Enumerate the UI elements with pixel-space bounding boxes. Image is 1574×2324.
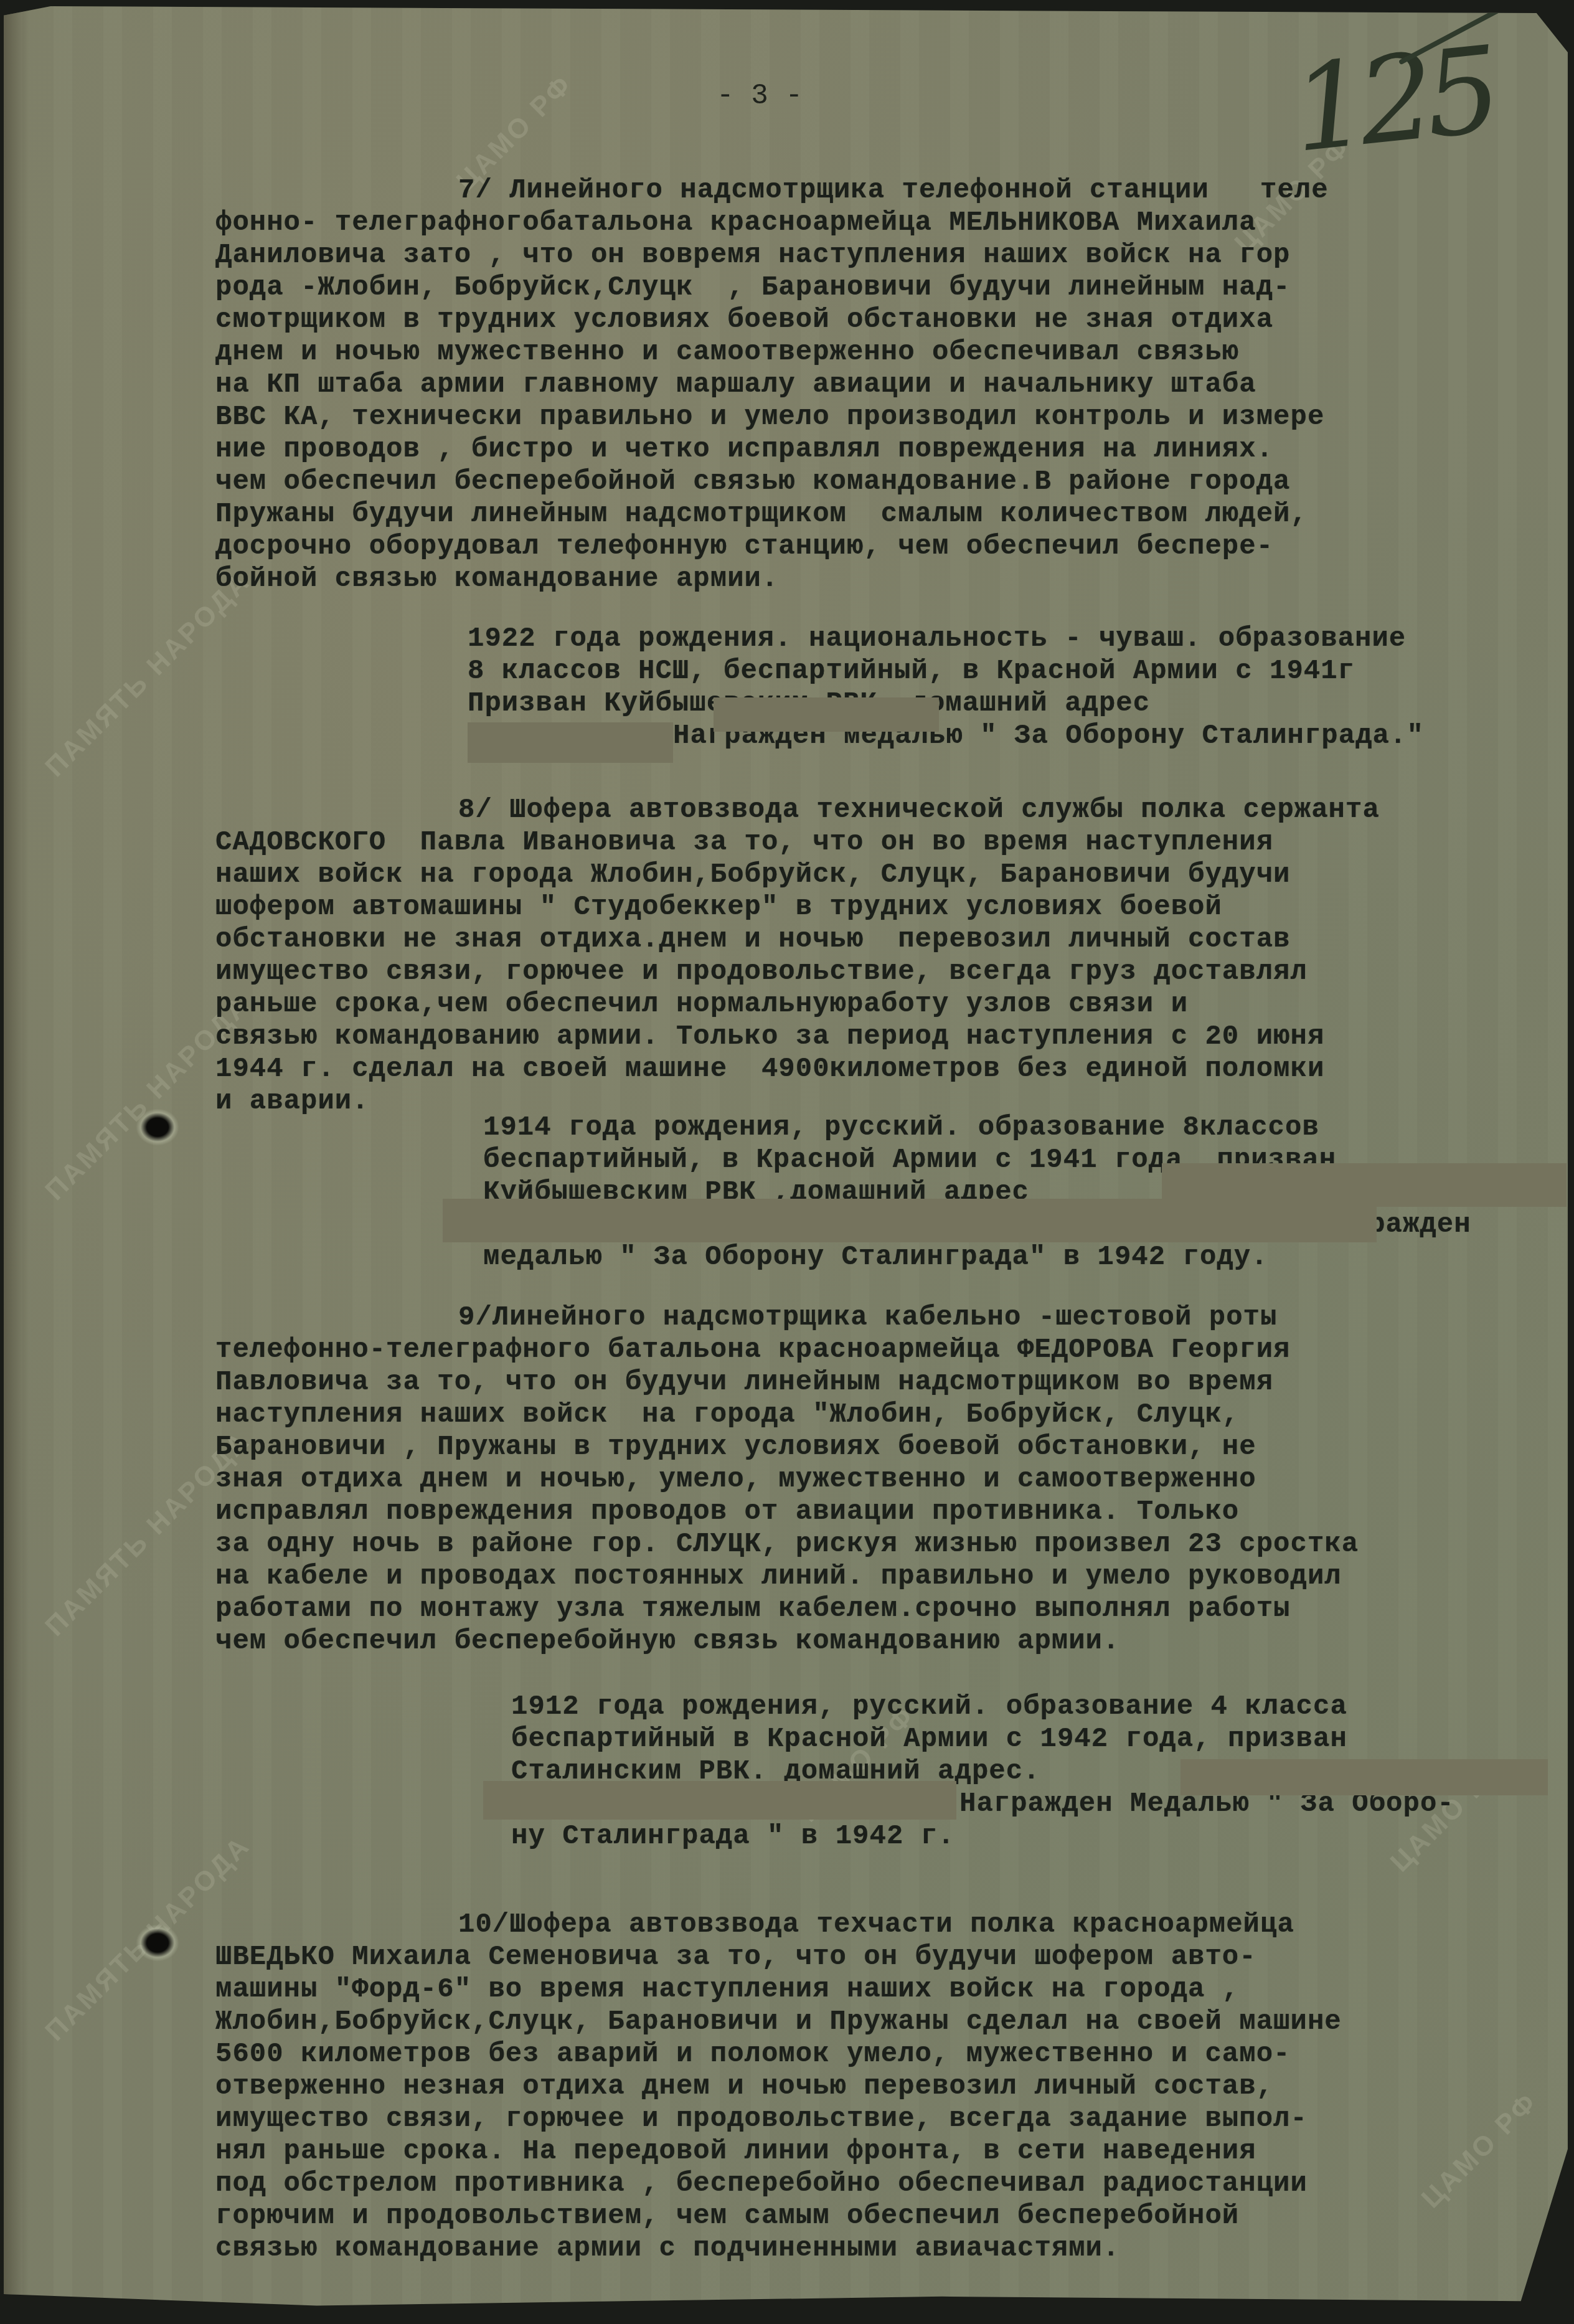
bio-line: медалью " За Оборону Сталинграда" в 1942… <box>483 1241 1574 1273</box>
entry-line: телефонно-телеграфного батальона красноа… <box>215 1334 1554 1366</box>
entry-line: отверженно незная отдиха днем и ночью пе… <box>215 2071 1554 2103</box>
entry-line: Даниловича зато , что он вовремя наступл… <box>215 239 1554 272</box>
entry-line: под обстрелом противника , бесперебойно … <box>215 2168 1554 2200</box>
entry-line: смотрщиком в трудних условиях боевой обс… <box>215 304 1554 336</box>
entry-line: 7/ Линейного надсмотрщика телефонной ста… <box>215 174 1554 207</box>
bio-line: 1914 года рождения, русский. образование… <box>483 1112 1574 1144</box>
entry-line: раньше срока,чем обеспечил нормальнуюраб… <box>215 988 1554 1021</box>
entry-line: САДОВСКОГО Павла Ивановича за то, что он… <box>215 826 1554 859</box>
entry-line: 5600 километров без аварий и поломок уме… <box>215 2038 1554 2071</box>
redacted-address <box>714 697 939 732</box>
entry-line: рода -Жлобин, Бобруйск,Слуцк , Баранович… <box>215 272 1554 304</box>
entry-line: наших войск на города Жлобин,Бобруйск, С… <box>215 859 1554 891</box>
award-entry-10: 10/Шофера автовзвода техчасти полка крас… <box>215 1909 1554 2265</box>
entry-line: связью командование армии с подчиненными… <box>215 2232 1554 2265</box>
entry-line: днем и ночью мужественно и самоотверженн… <box>215 336 1554 369</box>
bio-line: 1922 года рождения. национальность - чув… <box>468 623 1574 655</box>
entry-line: шофером автомашины " Студобеккер" в труд… <box>215 891 1554 923</box>
page-number: - 3 - <box>717 80 803 112</box>
entry-line: нял раньше срока. На передовой линии фро… <box>215 2135 1554 2168</box>
bio-line: ну Сталинграда " в 1942 г. <box>511 1820 1574 1853</box>
entry-line: имущество связи, горючее и продовольстви… <box>215 2103 1554 2135</box>
entry-line: связью командованию армии. Только за пер… <box>215 1021 1554 1053</box>
entry-line: 10/Шофера автовзвода техчасти полка крас… <box>215 1909 1554 1941</box>
bio-line: 8 классов НСШ, беспартийный, в Красной А… <box>468 655 1574 687</box>
entry-line: бойной связью командование армии. <box>215 563 1554 595</box>
entry-line: на КП штаба армии главному маршалу авиац… <box>215 369 1554 401</box>
redacted-address <box>483 1781 956 1820</box>
entry-line: имущество связи, горючее и продовольстви… <box>215 956 1554 988</box>
entry-line: фонно- телеграфногобатальона красноармей… <box>215 207 1554 239</box>
punch-hole <box>136 1924 179 1962</box>
bio-line: Призван Куйбышевским РВК, домашний адрес <box>468 687 1574 720</box>
entry-line: Пружаны будучи линейным надсмотрщиком см… <box>215 498 1554 531</box>
punch-hole <box>136 1108 179 1146</box>
bio-line: беспартийный в Красной Армии с 1942 года… <box>511 1723 1574 1755</box>
redacted-address <box>1180 1759 1548 1795</box>
entry-line: на кабеле и проводах постоянных линий. п… <box>215 1561 1554 1593</box>
entry-line: Павловича за то, что он будучи линейным … <box>215 1366 1554 1399</box>
entry-line: наступления наших войск на города "Жлоби… <box>215 1399 1554 1431</box>
entry-line: 1944 г. сделал на своей машине 4900килом… <box>215 1053 1554 1085</box>
redacted-address <box>468 722 673 763</box>
entry-line: зная отдиха днем и ночью, умело, мужеств… <box>215 1463 1554 1496</box>
entry-line: ШВЕДЬКО Михаила Семеновича за то, что он… <box>215 1941 1554 1973</box>
watermark-pamyat-naroda: ПАМЯТЬ НАРОДА <box>40 567 256 782</box>
entry-line: за одну ночь в районе гор. СЛУЦК, рискуя… <box>215 1528 1554 1561</box>
award-entry-8: 8/ Шофера автовзвода технической службы … <box>215 794 1554 1118</box>
entry-line: чем обеспечил бесперебойную связь команд… <box>215 1625 1554 1658</box>
archive-sheet-number: 125 <box>1286 21 1499 179</box>
entry-line: исправлял повреждения проводов от авиаци… <box>215 1496 1554 1528</box>
document-page: ПАМЯТЬ НАРОДА ПАМЯТЬ НАРОДА ПАМЯТЬ НАРОД… <box>4 6 1568 2310</box>
entry-line: 8/ Шофера автовзвода технической службы … <box>215 794 1554 826</box>
bio-line: 1912 года рождения, русский. образование… <box>511 1691 1574 1723</box>
entry-line: Жлобин,Бобруйск,Слуцк, Барановичи и Пруж… <box>215 2006 1554 2038</box>
entry-line: ние проводов , бистро и четко исправлял … <box>215 433 1554 466</box>
entry-line: чем обеспечил бесперебойной связью коман… <box>215 466 1554 498</box>
entry-line: ВВС КА, технически правильно и умело про… <box>215 401 1554 433</box>
entry-line: 9/Линейного надсмотрщика кабельно -шесто… <box>215 1301 1554 1334</box>
entry-line: работами по монтажу узла тяжелым кабелем… <box>215 1593 1554 1625</box>
award-entry-7: 7/ Линейного надсмотрщика телефонной ста… <box>215 174 1554 595</box>
award-entry-9: 9/Линейного надсмотрщика кабельно -шесто… <box>215 1301 1554 1658</box>
page-edge-shadow <box>4 6 29 2310</box>
entry-line: обстановки не зная отдиха.днем и ночью п… <box>215 923 1554 956</box>
redacted-address <box>443 1199 1377 1242</box>
entry-line: горючим и продовольствием, чем самым обе… <box>215 2200 1554 2232</box>
entry-line: досрочно оборудовал телефонную станцию, … <box>215 531 1554 563</box>
entry-line: Барановичи , Пружаны в трудних условиях … <box>215 1431 1554 1463</box>
entry-line: машины "Форд-6" во время наступления наш… <box>215 1973 1554 2006</box>
